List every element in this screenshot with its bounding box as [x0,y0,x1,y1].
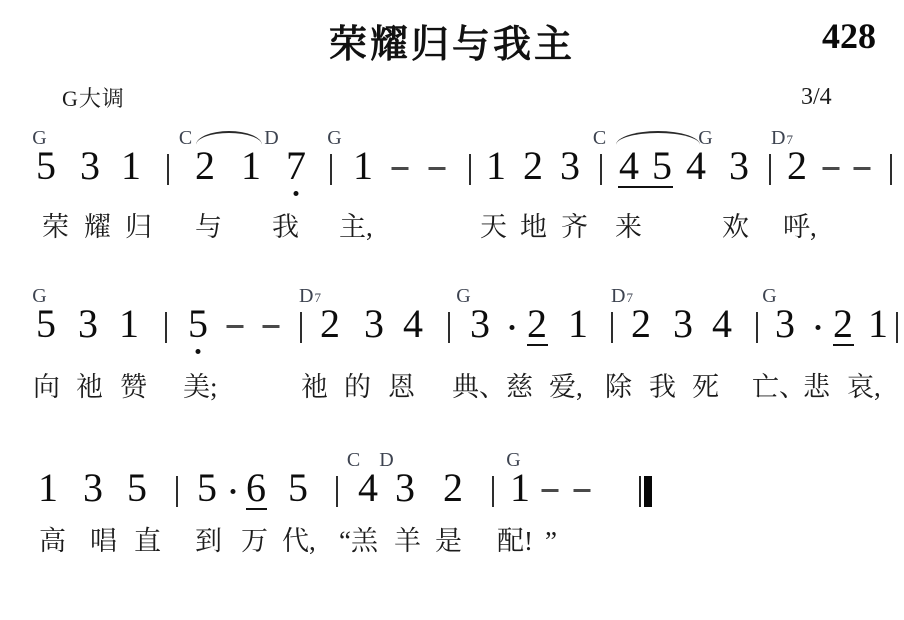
note-digit: 3 [560,146,580,186]
song-number: 428 [822,15,876,57]
lyric-syllable: 爱, [549,370,583,404]
note-digit: 1 [241,146,261,186]
duration-dash [429,167,446,170]
lyric-syllable: 耀 [84,210,111,244]
final-barline-thin [639,476,641,507]
chord-label: G [327,128,342,148]
lyric-syllable: 恩 [388,370,415,404]
note-digit: 3 [470,304,490,344]
note-digit: 4 [619,146,639,186]
barline [165,312,167,343]
augmentation-dot [816,325,821,330]
lyric-syllable: 唱 [90,524,117,558]
chord-label: D [264,128,279,148]
barline [769,154,771,185]
augmentation-dot [510,325,515,330]
duration-dash [392,167,409,170]
note-digit: 1 [121,146,141,186]
note-digit: 2 [195,146,215,186]
lyric-syllable: 悲 [803,370,830,404]
lyric-syllable: 羊 [394,524,421,558]
note-digit: 3 [673,304,693,344]
lyric-syllable: 除 [605,370,632,404]
barline [492,476,494,507]
note-digit: 2 [523,146,543,186]
lyric-syllable: 直 [134,524,161,558]
note-digit: 5 [288,468,308,508]
note-digit: 1 [353,146,373,186]
barline [896,312,898,343]
lyric-syllable: 与 [195,210,222,244]
duration-dash [574,489,591,492]
duration-dash [823,167,840,170]
note-digit: 1 [568,304,588,344]
lyric-syllable: 归 [125,210,152,244]
final-barline-thick [644,476,652,507]
lyric-syllable: 代, [282,524,316,558]
lyric-syllable: 地 [520,210,547,244]
lyric-syllable: 典、 [452,370,506,404]
low-octave-dot [196,349,201,354]
note-digit: 5 [188,304,208,344]
barline [167,154,169,185]
note-digit: 5 [36,146,56,186]
lyric-syllable: 祂 [301,370,328,404]
note-digit: 5 [127,468,147,508]
note-digit: 3 [80,146,100,186]
lyric-syllable: 我 [272,210,299,244]
lyric-syllable: 高 [39,524,66,558]
barline [890,154,892,185]
lyric-syllable: 主, [339,210,373,244]
lyric-syllable: 的 [344,370,371,404]
barline [600,154,602,185]
lyric-syllable: 亡、 [752,370,806,404]
lyric-syllable: 欢 [722,210,749,244]
lyric-syllable: 来 [615,210,642,244]
note-digit: 1 [510,468,530,508]
note-digit: 4 [403,304,423,344]
eighth-underline [527,344,548,346]
barline [330,154,332,185]
note-digit: 5 [652,146,672,186]
barline [176,476,178,507]
note-digit: 2 [527,304,547,344]
chord-label: C [179,128,193,148]
note-digit: 3 [364,304,384,344]
song-title: 荣耀归与我主 [0,13,904,68]
note-digit: 4 [712,304,732,344]
barline [336,476,338,507]
barline [448,312,450,343]
lyric-syllable: 慈 [506,370,533,404]
note-digit: 1 [38,468,58,508]
chord-label: C [593,128,607,148]
duration-dash [227,325,244,328]
time-signature: 3/4 [801,84,832,111]
barline [756,312,758,343]
lyric-syllable: “羔 [339,524,378,558]
chord-label: D [379,450,394,470]
note-digit: 2 [787,146,807,186]
lyric-syllable: 配! [497,524,533,558]
key-signature: G大调 [62,82,125,113]
note-digit: 4 [686,146,706,186]
augmentation-dot [231,489,236,494]
lyric-syllable: ” [545,524,557,558]
note-digit: 3 [78,304,98,344]
lyric-syllable: 是 [435,524,462,558]
lyric-line: 荣耀归与我主,天地齐来欢呼, [0,210,904,252]
chord-label: D7 [611,286,633,308]
lyric-syllable: 到 [195,524,222,558]
lyric-syllable: 齐 [561,210,588,244]
note-digit: 5 [36,304,56,344]
lyric-syllable: 荣 [42,210,69,244]
lyric-line: 向祂赞美;祂的恩典、慈爱,除我死亡、悲哀, [0,370,904,412]
chord-label: D7 [299,286,321,308]
lyric-syllable: 死 [692,370,719,404]
eighth-underline [833,344,854,346]
barline [469,154,471,185]
low-octave-dot [294,191,299,196]
note-digit: 2 [320,304,340,344]
lyric-syllable: 祂 [76,370,103,404]
lyric-line: 高唱直到万代,“羔羊是配!” [0,524,904,566]
lyric-syllable: 赞 [120,370,147,404]
lyric-syllable: 万 [241,524,268,558]
barline [300,312,302,343]
note-digit: 1 [868,304,888,344]
note-digit: 3 [775,304,795,344]
barline [611,312,613,343]
lyric-syllable: 哀, [847,370,881,404]
note-digit: 5 [197,468,217,508]
note-digit: 3 [83,468,103,508]
note-digit: 6 [246,468,266,508]
note-digit: 3 [395,468,415,508]
note-digit: 3 [729,146,749,186]
note-digit: 4 [358,468,378,508]
duration-dash [542,489,559,492]
final-barline [639,476,653,507]
duration-dash [854,167,871,170]
note-digit: 2 [443,468,463,508]
lyric-syllable: 呼, [783,210,817,244]
note-digit: 2 [833,304,853,344]
note-digit: 7 [286,146,306,186]
note-digit: 1 [486,146,506,186]
eighth-underline [618,186,673,188]
note-digit: 1 [119,304,139,344]
lyric-syllable: 我 [649,370,676,404]
duration-dash [263,325,280,328]
lyric-syllable: 向 [33,370,60,404]
note-digit: 2 [631,304,651,344]
lyric-syllable: 美; [183,370,218,404]
hymn-sheet-page: 荣耀归与我主 428 G大调 3/4 GCDGCGD75312171123454… [0,0,904,620]
eighth-underline [246,508,267,510]
lyric-syllable: 天 [480,210,507,244]
